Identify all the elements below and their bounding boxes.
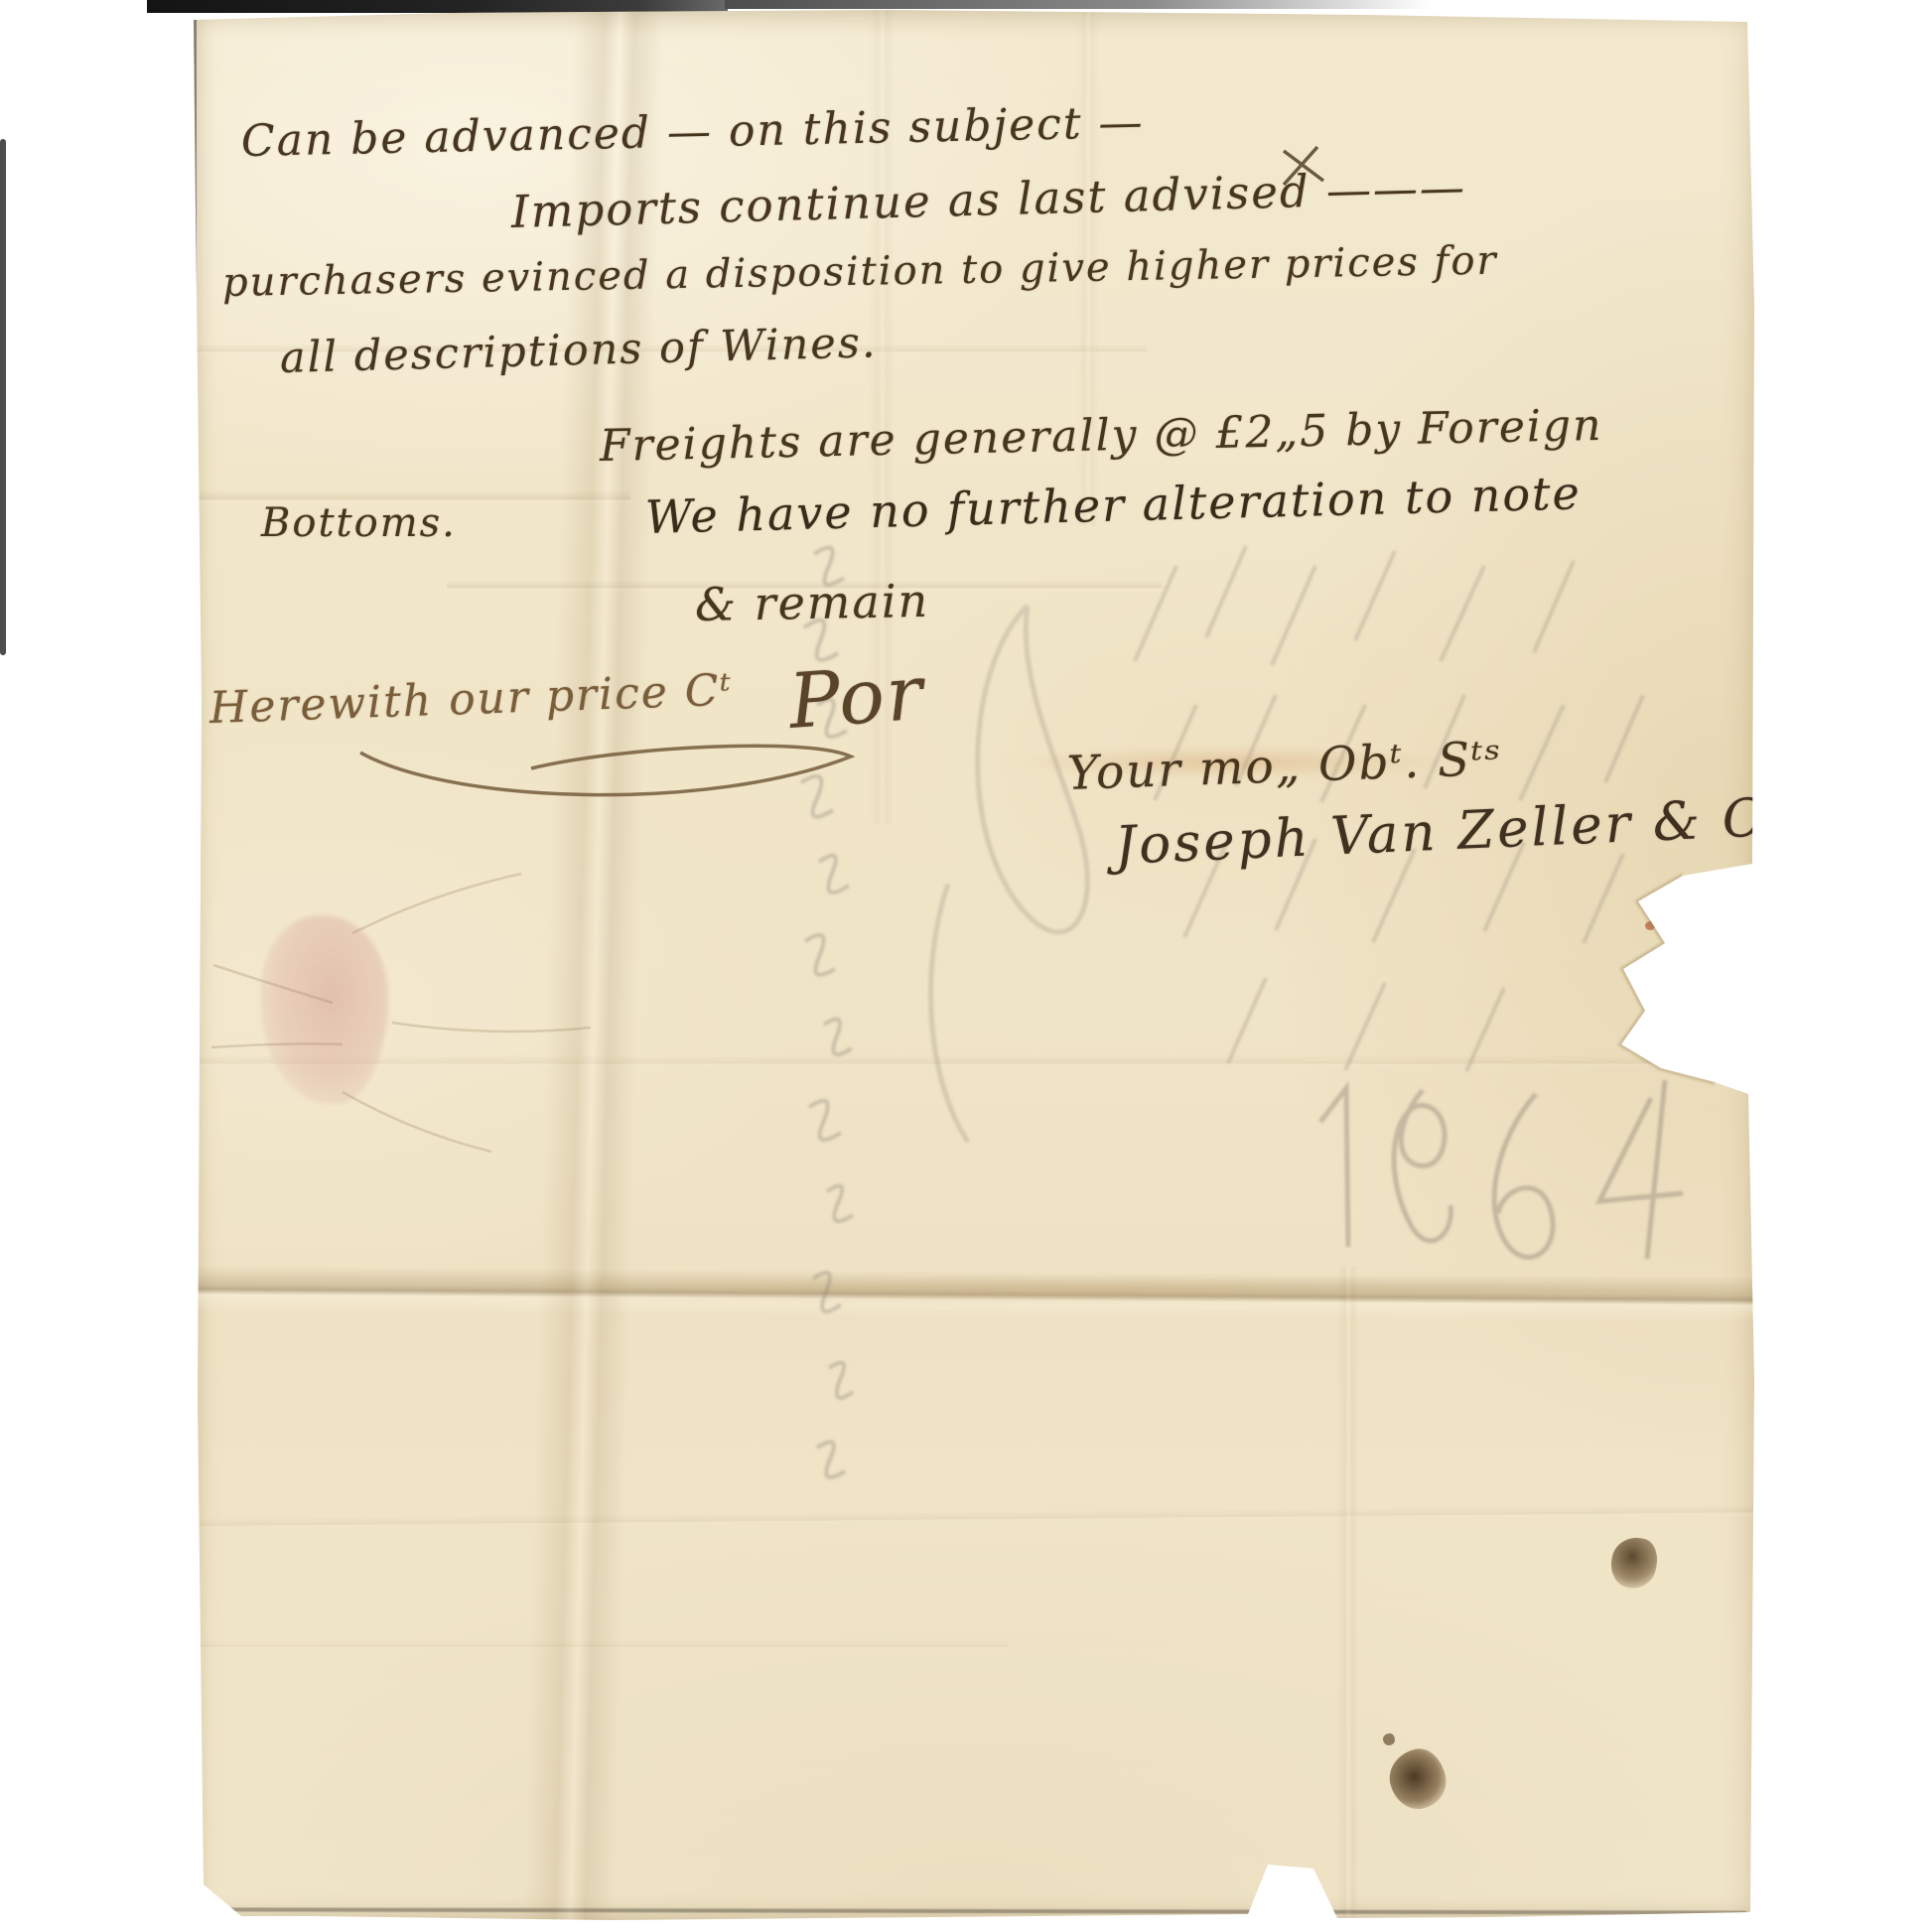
handwriting-word-por: Por <box>786 648 927 746</box>
scan-edge-sliver <box>0 139 6 655</box>
scanned-letter-page: Can be advanced — on this subject — Impo… <box>0 0 1932 1932</box>
seal-wrinkles <box>211 874 591 1152</box>
scan-shadow-top-strip-faint <box>725 0 1432 9</box>
handwriting-line-7: & remain <box>695 574 930 631</box>
underline-flourish <box>360 746 851 794</box>
handwriting-line-6-margin: Bottoms. <box>261 500 457 546</box>
bleedthrough-numeral-marks <box>1320 1080 1683 1259</box>
letter-paper: Can be advanced — on this subject — Impo… <box>194 10 1760 1924</box>
scan-shadow-top-strip <box>147 0 728 13</box>
paper-left-edge-shadow <box>194 10 197 1638</box>
torn-edge-shading <box>1621 876 1715 1082</box>
ink-bleedthrough-loops <box>931 606 1088 1142</box>
